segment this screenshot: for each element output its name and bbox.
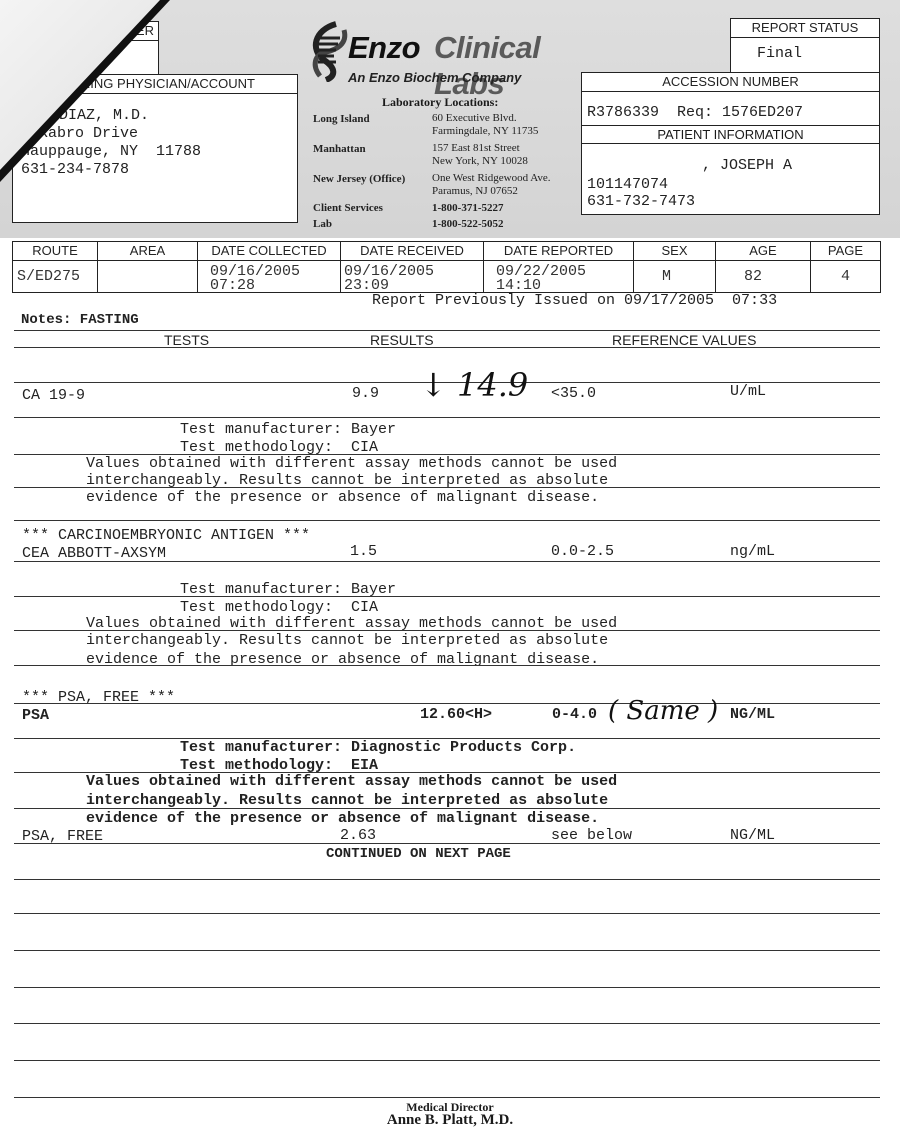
cea-section-title: *** CARCINOEMBRYONIC ANTIGEN *** bbox=[22, 527, 310, 544]
location-manhattan-name: Manhattan bbox=[313, 143, 366, 156]
ca199-reference: <35.0 bbox=[551, 385, 596, 402]
cea-reference: 0.0-2.5 bbox=[551, 543, 614, 560]
psa-manufacturer: Test manufacturer: Diagnostic Products C… bbox=[180, 739, 576, 756]
medical-director-name: Anne B. Platt, M.D. bbox=[0, 1112, 900, 1129]
sex-value: M bbox=[634, 261, 715, 284]
client-services-phone: 1-800-371-5227 bbox=[432, 202, 504, 215]
psa-free-result: 2.63 bbox=[340, 827, 376, 844]
cea-disclaimer-2: interchangeably. Results cannot be inter… bbox=[86, 632, 608, 649]
previously-issued-note: Report Previously Issued on 09/17/2005 0… bbox=[372, 292, 777, 309]
client-services-label: Client Services bbox=[313, 202, 383, 215]
divider bbox=[14, 561, 880, 562]
divider bbox=[14, 1097, 880, 1098]
divider bbox=[14, 913, 880, 914]
page-column: PAGE 4 bbox=[810, 242, 880, 292]
divider bbox=[14, 417, 880, 418]
area-value bbox=[98, 261, 197, 265]
enzo-logo: Enzo Clinical Labs An Enzo Biochem Compa… bbox=[306, 20, 606, 92]
location-nj-name: New Jersey (Office) bbox=[313, 173, 405, 186]
physician-phone: 631-234-7878 bbox=[21, 161, 129, 178]
cea-name: CEA ABBOTT-AXSYM bbox=[22, 545, 166, 562]
column-header-tests: TESTS bbox=[164, 332, 209, 348]
psa-reference: 0-4.0 bbox=[552, 706, 597, 723]
route-column: ROUTE S/ED275 bbox=[13, 242, 97, 292]
report-status-title: REPORT STATUS bbox=[731, 19, 879, 38]
patient-name: , JOSEPH A bbox=[702, 157, 792, 174]
physician-street: Rabro Drive bbox=[39, 125, 138, 142]
location-long-island-name: Long Island bbox=[313, 113, 370, 126]
divider bbox=[14, 1023, 880, 1024]
locations-title: Laboratory Locations: bbox=[382, 95, 498, 110]
ca199-handwritten-note: ↓ 14.9 bbox=[420, 366, 528, 404]
area-column: AREA bbox=[97, 242, 197, 292]
patient-phone: 631-732-7473 bbox=[587, 193, 695, 210]
location-manhattan-address: 157 East 81st Street New York, NY 10028 bbox=[432, 142, 528, 168]
divider bbox=[14, 843, 880, 844]
divider bbox=[14, 347, 880, 348]
route-value: S/ED275 bbox=[13, 261, 97, 284]
psa-disclaimer-3: evidence of the presence or absence of m… bbox=[86, 810, 599, 827]
date-reported-column: DATE REPORTED 09/22/2005 14:10 bbox=[483, 242, 633, 292]
date-collected-time: 07:28 bbox=[198, 279, 340, 293]
lab-label: Lab bbox=[313, 218, 332, 231]
divider bbox=[14, 703, 880, 704]
age-column: AGE 82 bbox=[715, 242, 810, 292]
date-received-column: DATE RECEIVED 09/16/2005 23:09 bbox=[340, 242, 483, 292]
ca199-name: CA 19-9 bbox=[22, 387, 85, 404]
divider bbox=[14, 665, 880, 666]
date-reported-time: 14:10 bbox=[484, 279, 633, 293]
dna-helix-icon bbox=[306, 20, 350, 82]
page-value: 4 bbox=[811, 261, 880, 284]
location-nj-address: One West Ridgewood Ave. Paramus, NJ 0765… bbox=[432, 172, 550, 198]
physician-city: Hauppauge, NY 11788 bbox=[21, 143, 201, 160]
order-info-table: ROUTE S/ED275 AREA DATE COLLECTED 09/16/… bbox=[12, 241, 881, 293]
accession-title: ACCESSION NUMBER bbox=[582, 73, 879, 92]
column-header-results: RESULTS bbox=[370, 332, 434, 348]
divider bbox=[14, 596, 880, 597]
lab-phone: 1-800-522-5052 bbox=[432, 218, 504, 231]
divider bbox=[14, 950, 880, 951]
psa-handwritten-note: ( Same ) bbox=[608, 696, 718, 726]
location-long-island-address: 60 Executive Blvd. Farmingdale, NY 11735 bbox=[432, 112, 538, 138]
divider bbox=[14, 987, 880, 988]
cea-unit: ng/mL bbox=[730, 543, 775, 560]
psa-result: 12.60<H> bbox=[420, 706, 492, 723]
psa-free-reference: see below bbox=[551, 827, 632, 844]
age-value: 82 bbox=[716, 261, 810, 284]
ca199-disclaimer-3: evidence of the presence or absence of m… bbox=[86, 489, 599, 506]
sex-column: SEX M bbox=[633, 242, 715, 292]
logo-brand-primary: Enzo bbox=[348, 30, 420, 66]
logo-subtitle: An Enzo Biochem Company bbox=[348, 70, 521, 85]
cea-result: 1.5 bbox=[350, 543, 377, 560]
continued-note: CONTINUED ON NEXT PAGE bbox=[326, 846, 511, 862]
patient-id: 101147074 bbox=[587, 176, 668, 193]
cea-methodology: Test methodology: CIA bbox=[180, 599, 378, 616]
divider bbox=[14, 520, 880, 521]
notes: Notes: FASTING bbox=[21, 312, 139, 328]
ca199-manufacturer: Test manufacturer: Bayer bbox=[180, 421, 396, 438]
ca199-result: 9.9 bbox=[352, 385, 379, 402]
divider bbox=[14, 879, 880, 880]
column-header-reference: REFERENCE VALUES bbox=[612, 332, 756, 348]
psa-unit: NG/ML bbox=[730, 706, 775, 723]
psa-free-unit: NG/ML bbox=[730, 827, 775, 844]
psa-disclaimer-1: Values obtained with different assay met… bbox=[86, 773, 617, 790]
ca199-unit: U/mL bbox=[730, 383, 766, 400]
psa-disclaimer-2: interchangeably. Results cannot be inter… bbox=[86, 792, 608, 809]
ca199-disclaimer-1: Values obtained with different assay met… bbox=[86, 455, 617, 472]
report-status-box: REPORT STATUS Final bbox=[730, 18, 880, 74]
psa-name: PSA bbox=[22, 707, 49, 724]
divider bbox=[14, 1060, 880, 1061]
patient-info-title: PATIENT INFORMATION bbox=[582, 126, 879, 143]
report-status-value: Final bbox=[757, 45, 802, 62]
accession-box: ACCESSION NUMBER R3786339 Req: 1576ED207… bbox=[581, 72, 880, 215]
accession-value: R3786339 Req: 1576ED207 bbox=[587, 104, 803, 121]
date-collected-column: DATE COLLECTED 09/16/2005 07:28 bbox=[197, 242, 340, 292]
date-received-time: 23:09 bbox=[341, 279, 483, 293]
